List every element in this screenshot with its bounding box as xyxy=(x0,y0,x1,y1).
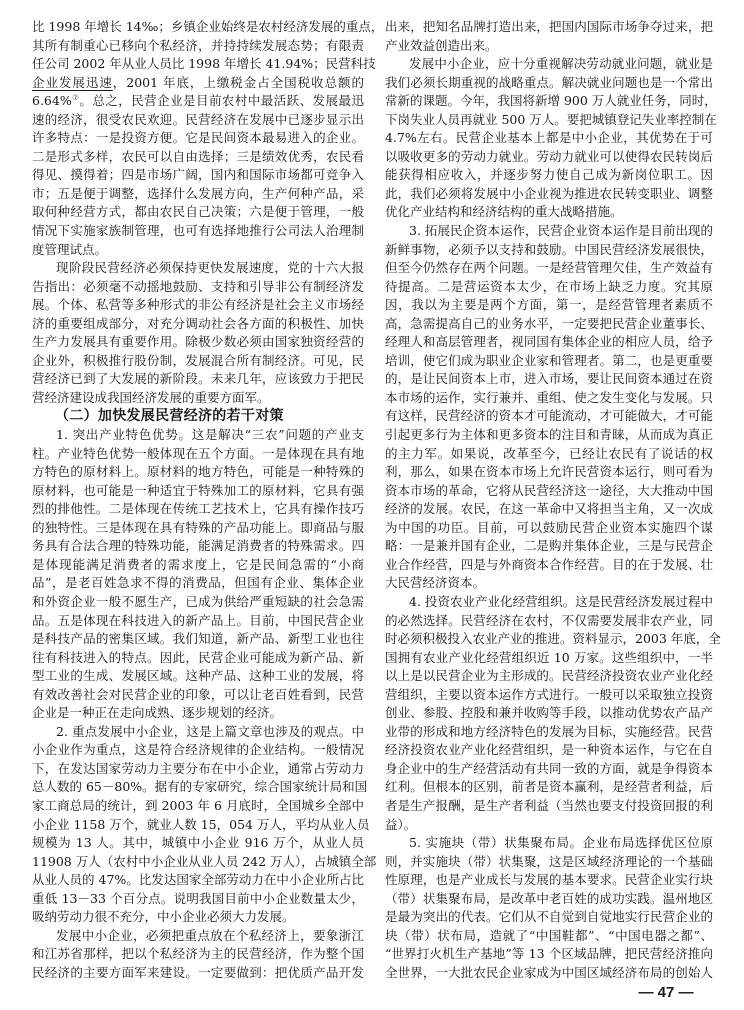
text-line: 展。个体、私营等多种形式的非公有经济是社会主义市场经 xyxy=(32,296,364,315)
text-line: 待提高。二是营运资本太少，在市场上缺乏力度。究其原 xyxy=(385,278,713,297)
text-line: 发展中小企业，应十分重视解决劳动就业问题，就业是 xyxy=(385,55,713,74)
section-heading: （二）加快发展民营经济的若干对策 xyxy=(32,407,364,426)
text-line: 本市场的运作，实行兼并、重组、使之发生变化与发展。只 xyxy=(385,389,713,408)
text-line: 和江苏省那样，把以个私经济为主的民营经济，作为整个国 xyxy=(32,945,364,964)
paragraph: 发展中小企业，应十分重视解决劳动就业问题，就业是 我们必须长期重视的战略重点。解… xyxy=(385,55,713,222)
text-line: 利，那么，如果在资本市场上允许民营资本运行，则可看为 xyxy=(385,463,713,482)
text-line: 经济的发展。农民，在这一革命中又将担当主角，又一次成 xyxy=(385,500,713,519)
text-line: 下岗失业人员再就业 500 万人。要把城镇登记失业率控制在 xyxy=(385,111,713,130)
text-line: 务具有合法合理的特殊功能，能满足消费者的特殊需求。四 xyxy=(32,537,364,556)
text-line: 新鲜事物，必须予以支持和鼓励。中国民营经济发展很快， xyxy=(385,241,713,260)
text-line: 我们必须长期重视的战略重点。解决就业问题也是一个常出 xyxy=(385,74,713,93)
text-line: 以吸收更多的劳动力就业。劳动力就业可以使得农民转岗后 xyxy=(385,148,713,167)
text-line: 和外资企业一般不愿生产，已成为供给严重短缺的社会急需 xyxy=(32,593,364,612)
text-line: 情况下实施家族制管理，也可有选择地推行公司法人治理制 xyxy=(32,222,364,241)
text-line: 全世界，一大批农民企业家成为中国区域经济布局的创始人 xyxy=(385,964,713,983)
text-line: 方特色的原材料上。原材料的地方特色，可能是一种特殊的 xyxy=(32,463,364,482)
page-number: — 47 — xyxy=(628,983,704,1003)
text-line: 为中国的功臣。目前，可以鼓励民营企业资本实施四个谋 xyxy=(385,519,713,538)
paragraph: 比 1998 年增长 14‰；乡镇企业始终是农村经济发展的重点， 其所有制重心已… xyxy=(32,18,364,259)
text-line: 型工业的生成、发展区域。这种产品、这种工业的发展，将 xyxy=(32,667,364,686)
paragraph: 5. 实施块（带）状集聚布局。企业布局选择优区位原 则，并实施块（带）状集聚，这… xyxy=(385,834,713,982)
text-line: 经理人和高层管理者，视同国有集体企业的相应人员，给予 xyxy=(385,333,713,352)
text-line: 创业、参股、控股和兼并收购等手段，以推动优势农产品产 xyxy=(385,704,713,723)
text-line: 品”，是老百姓急求不得的消费品，但国有企业、集体企业 xyxy=(32,574,364,593)
text-line: 小企业 1158 万个，就业人数 15，054 万人，平均从业人员 xyxy=(32,816,364,835)
text-line: 其所有制重心已移向个私经济，并持持续发展态势；有限责 xyxy=(32,37,364,56)
text-line: 民经济的主要方面军来建设。一定要做到：把优质产品开发 xyxy=(32,964,364,983)
text-line: 济的重要组成部分，对充分调动社会各方面的积极性、加快 xyxy=(32,315,364,334)
text-line: 以上是以民营企业为主形成的。民营经济投资农业产业化经 xyxy=(385,667,713,686)
text-line: 2. 重点发展中小企业，这是上篇文章也涉及的观点。中 xyxy=(32,723,364,742)
text-line: 资本市场的革命，它将从民营经济这一途径，大大推动中国 xyxy=(385,482,713,501)
paragraph: 2. 重点发展中小企业，这是上篇文章也涉及的观点。中 小企业作为重点，这是符合经… xyxy=(32,723,364,927)
text-line: 营经济已到了大发展的新阶段。未来几年，应该致力于把民 xyxy=(32,370,364,389)
paragraph: 3. 拓展民企资本运作，民营企业资本运作是目前出现的 新鲜事物，必须予以支持和鼓… xyxy=(385,222,713,593)
text-line: 企业是一种正在走向成熟、逐步规划的经济。 xyxy=(32,704,364,723)
text-line: 3. 拓展民企资本运作，民营企业资本运作是目前出现的 xyxy=(385,222,713,241)
text-line: 是最为突出的代表。它们从不自觉到自觉地实行民营企业的 xyxy=(385,908,713,927)
text-line: 但至今仍然存在两个问题。一是经营管理欠佳，生产效益有 xyxy=(385,259,713,278)
text-line: 6.64%⑦。总之，民营企业是目前农村中最活跃、发展最迅 xyxy=(32,92,364,111)
text-line: 下，在发达国家劳动力主要分布在中小企业，通常占劳动力 xyxy=(32,760,364,779)
text-line: 红利。但根本的区别，前者是资本赢利，是经营者利益，后 xyxy=(385,778,713,797)
text-line: 则，并实施块（带）状集聚，这是区域经济理论的一个基础 xyxy=(385,853,713,872)
text-line: 4. 投资农业产业化经营组织。这是民营经济发展过程中 xyxy=(385,593,713,612)
text-line: 二是形式多样，农民可以自由选择；三是绩效优秀，农民看 xyxy=(32,148,364,167)
text-line: 取何种经营方式，都由农民自己决策；六是便于管理，一般 xyxy=(32,203,364,222)
text-line: 企业发展迅速，2001 年底，上缴税金占全国税收总额的 xyxy=(32,74,364,93)
text-line: 的必然选择。民营经济在农村，不仅需要发展非农产业，同 xyxy=(385,612,713,631)
text-line: 往有科技进入的特点。因此，民营企业可能成为新产品、新 xyxy=(32,649,364,668)
text-segment: ，2001 年底，上缴税金占全国税收总额的 xyxy=(113,75,364,90)
text-line: 引起更多行为主体和更多资本的注目和青睐，从而成为真正 xyxy=(385,426,713,445)
text-line: 常新的课题。今年，我国将新增 900 万人就业任务，同时， xyxy=(385,92,713,111)
text-line: 发展中小企业，必须把重点放在个私经济上，要象浙江 xyxy=(32,927,364,946)
text-line: 任公司 2002 年从业人员比 1998 年增长 41.94%；民营科技 xyxy=(32,55,364,74)
text-line: 国拥有农业产业化经营组织近 10 万家。这些组织中，一半 xyxy=(385,649,713,668)
text-line: 培训，使它们成为职业企业家和管理者。第二，也是更重要 xyxy=(385,352,713,371)
text-line: 略：一是兼并国有企业，二是购并集体企业，三是与民营企 xyxy=(385,537,713,556)
text-line: 营经济建设成我国经济发展的重要方面军。 xyxy=(32,389,364,408)
paragraph: 1. 突出产业特色优势。这是解决“三农”问题的产业支 柱。产业特色优势一般体现在… xyxy=(32,426,364,723)
right-column: 出来，把知名品牌打造出来，把国内国际市场争夺过来，把 产业效益创造出来。 发展中… xyxy=(385,18,713,982)
text-line: 从业人员的 47%。比发达国家全部劳动力在中小企业所占比 xyxy=(32,871,364,890)
paragraph: 发展中小企业，必须把重点放在个私经济上，要象浙江 和江苏省那样，把以个私经济为主… xyxy=(32,927,364,983)
text-line: 性原理，也是产业成长与发展的基本要求。民营企业实行块 xyxy=(385,871,713,890)
text-line: 的，是让民间资本上市，进入市场，要让民间资本通过在资 xyxy=(385,370,713,389)
text-line: 市；五是便于调整，选择什么发展方向，生产何种产品，采 xyxy=(32,185,364,204)
text-line: 告指出：必须毫不动摇地鼓励、支持和引导非公有制经济发 xyxy=(32,278,364,297)
text-line: （带）状集聚布局，是改革中老百姓的成功实践。温州地区 xyxy=(385,890,713,909)
text-line: 营组织，主要以资本运作方式进行。一般可以采取独立投资 xyxy=(385,686,713,705)
paragraph: 出来，把知名品牌打造出来，把国内国际市场争夺过来，把 产业效益创造出来。 xyxy=(385,18,713,55)
text-line: 得见、摸得着；四是市场广阔，国内和国际市场都可竞争入 xyxy=(32,166,364,185)
text-line: 因，我以为主要是两个方面，第一，是经营管理者素质不 xyxy=(385,296,713,315)
text-line: 生产力发展具有重要作用。除极少数必须由国家独资经营的 xyxy=(32,333,364,352)
text-line: 规模为 13 人。其中，城镇中小企业 916 万个，从业人员 xyxy=(32,834,364,853)
text-line: 时必须积极投入农业产业的推进。资料显示，2003 年底，全 xyxy=(385,630,713,649)
text-line: 者是生产报酬，是生产者利益（当然也要支付投资回报的利 xyxy=(385,797,713,816)
text-line: 益）。 xyxy=(385,816,713,835)
text-line: 总人数的 65－80%。据有的专家研究，综合国家统计局和国 xyxy=(32,778,364,797)
text-line: 品。五是体现在科技进入的新产品上。目前，中国民营企业 xyxy=(32,612,364,631)
text-line: 有效改善社会对民营企业的印象，可以让老百姓看到，民营 xyxy=(32,686,364,705)
text-line: 柱。产业特色优势一般体现在五个方面。一是体现在具有地 xyxy=(32,445,364,464)
text-line: 大民营经济资本。 xyxy=(385,574,713,593)
text-line: 许多特点：一是投资方便。它是民间资本最易进入的企业。 xyxy=(32,129,364,148)
text-line: 5. 实施块（带）状集聚布局。企业布局选择优区位原 xyxy=(385,834,713,853)
text-line: 产业效益创造出来。 xyxy=(385,37,713,56)
text-line: 优化产业结构和经济结构的重大战略措施。 xyxy=(385,203,713,222)
text-line: 块（带）状布局，造就了“中国鞋都”、“中国电器之都”、 xyxy=(385,927,713,946)
text-line: 是科技产品的密集区域。我们知道，新产品、新型工业也往 xyxy=(32,630,364,649)
text-line: 是体现能满足消费者的需求度上，它是民间急需的“小商 xyxy=(32,556,364,575)
text-line: 11908 万人（农村中小企业从业人员 242 万人），占城镇全部 xyxy=(32,853,364,872)
text-line: 的主力军。如果说，改革至今，已经让农民有了说话的权 xyxy=(385,445,713,464)
text-line: 家工商总局的统计，到 2003 年 6 月底时，全国城乡全部中 xyxy=(32,797,364,816)
text-line: 1. 突出产业特色优势。这是解决“三农”问题的产业支 xyxy=(32,426,364,445)
text-line: 重低 13－33 个百分点。说明我国目前中小企业数量太少， xyxy=(32,890,364,909)
text-line: 经济投资农业产业化经营组织，是一种资本运作，与它在自 xyxy=(385,741,713,760)
text-line: 4.7%左右。民营企业基本上都是中小企业，其优势在于可 xyxy=(385,129,713,148)
text-line: “世界打火机生产基地”等 13 个区域品牌，把民营经济推向 xyxy=(385,945,713,964)
underlined-text: 企业发展迅速 xyxy=(32,75,113,90)
text-line: 此，我们必须将发展中小企业视为推进农民转变职业、调整 xyxy=(385,185,713,204)
text-line: 现阶段民营经济必须保持更快发展速度，党的十六大报 xyxy=(32,259,364,278)
text-line: 身企业中的生产经营活动有共同一致的方面，就是争得资本 xyxy=(385,760,713,779)
text-line: 烈的排他性。二是体现在传统工艺技术上，它具有操作技巧 xyxy=(32,500,364,519)
text-line: 业带的形成和地方经济特色的发展为目标，实施经营。民营 xyxy=(385,723,713,742)
text-line: 小企业作为重点，这是符合经济规律的企业结构。一般情况 xyxy=(32,741,364,760)
left-column: 比 1998 年增长 14‰；乡镇企业始终是农村经济发展的重点， 其所有制重心已… xyxy=(32,18,364,982)
paragraph: 4. 投资农业产业化经营组织。这是民营经济发展过程中 的必然选择。民营经济在农村… xyxy=(385,593,713,834)
text-line: 速的经济，很受农民欢迎。民营经济在发展中已逐步显示出 xyxy=(32,111,364,130)
text-line: 原材料，也可能是一种适宜于特殊加工的原材料，它具有强 xyxy=(32,482,364,501)
paragraph: 现阶段民营经济必须保持更快发展速度，党的十六大报 告指出：必须毫不动摇地鼓励、支… xyxy=(32,259,364,407)
text-line: 度管理试点。 xyxy=(32,241,364,260)
text-segment: 。总之，民营企业是目前农村中最活跃、发展最迅 xyxy=(79,93,364,108)
text-line: 的独特性。三是体现在具有特殊的产品功能上。即商品与服 xyxy=(32,519,364,538)
text-line: 高，急需提高自己的业务水平，一定要把民营企业董事长、 xyxy=(385,315,713,334)
text-line: 能获得相应收入，并逐步努力使自己成为新岗位职工。因 xyxy=(385,166,713,185)
text-segment: 6.64% xyxy=(32,93,72,108)
text-line: 有这样，民营经济的资本才可能流动，才可能做大，才可能 xyxy=(385,407,713,426)
text-line: 业合作经营，四是与外商资本合作经营。目的在于发展、壮 xyxy=(385,556,713,575)
text-line: 企业外，积极推行股份制，发展混合所有制经济。可见，民 xyxy=(32,352,364,371)
text-line: 比 1998 年增长 14‰；乡镇企业始终是农村经济发展的重点， xyxy=(32,18,364,37)
text-line: 吸纳劳动力很不充分，中小企业必须大力发展。 xyxy=(32,908,364,927)
text-line: 出来，把知名品牌打造出来，把国内国际市场争夺过来，把 xyxy=(385,18,713,37)
